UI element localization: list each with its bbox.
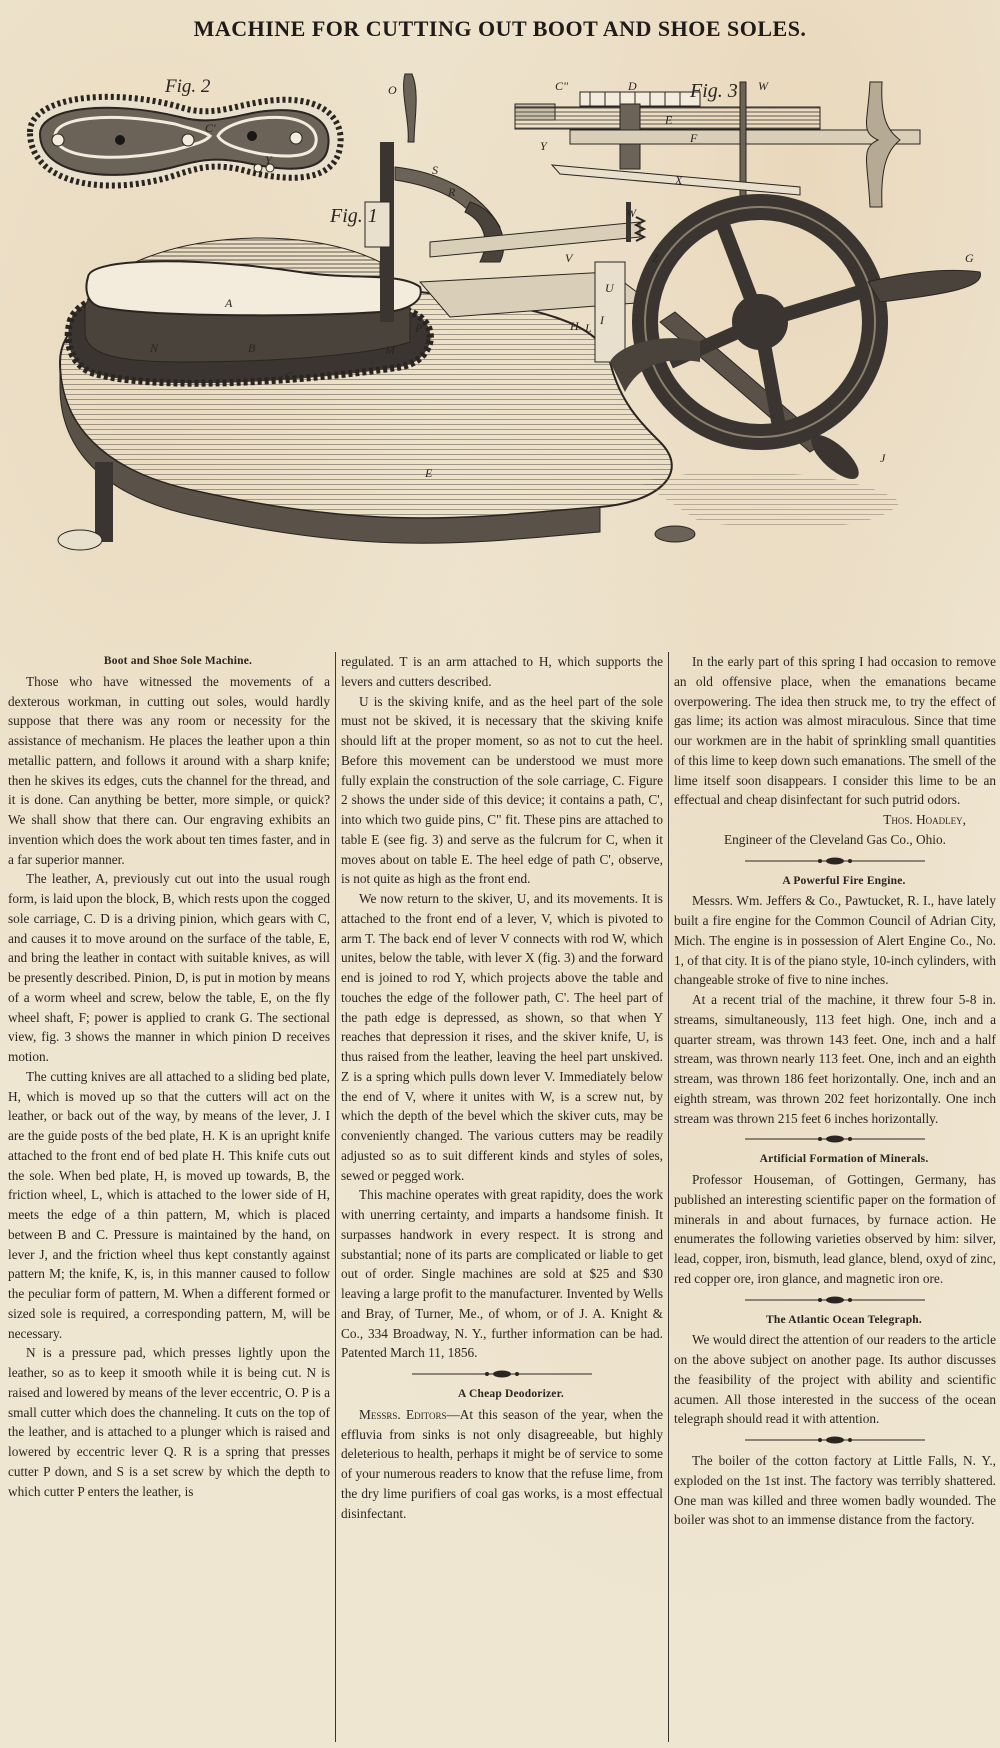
fig2-label: Fig. 2 bbox=[164, 76, 211, 97]
machine-engraving: Fig. 2 Fig. 1 Fig. 3 C' Y O S R C" D W Y… bbox=[0, 62, 1000, 642]
column-divider bbox=[668, 652, 669, 1742]
salutation: Messrs. Editors bbox=[359, 1407, 446, 1422]
page-title: MACHINE FOR CUTTING OUT BOOT AND SHOE SO… bbox=[0, 16, 1000, 42]
svg-text:A: A bbox=[224, 296, 233, 310]
svg-text:W: W bbox=[758, 79, 769, 93]
svg-text:O: O bbox=[388, 83, 397, 97]
svg-text:G: G bbox=[965, 251, 974, 265]
article-paragraph: We now return to the skiver, U, and its … bbox=[341, 889, 663, 1185]
article-columns: Boot and Shoe Sole Machine. Those who ha… bbox=[8, 652, 998, 1742]
article-paragraph: Messrs. Editors—At this season of the ye… bbox=[341, 1405, 663, 1524]
article-paragraph: At a recent trial of the machine, it thr… bbox=[674, 990, 996, 1128]
svg-text:D: D bbox=[627, 79, 637, 93]
article-paragraph: regulated. T is an arm attached to H, wh… bbox=[341, 652, 663, 692]
svg-text:K: K bbox=[424, 333, 434, 347]
svg-text:E: E bbox=[664, 113, 673, 127]
svg-text:Y: Y bbox=[540, 139, 548, 153]
article-paragraph: We would direct the attention of our rea… bbox=[674, 1330, 996, 1429]
article-heading-sole-machine: Boot and Shoe Sole Machine. bbox=[8, 652, 330, 672]
svg-text:H: H bbox=[569, 319, 580, 333]
ornamental-divider bbox=[674, 1128, 996, 1150]
article-paragraph: U is the skiving knife, and as the heel … bbox=[341, 692, 663, 890]
svg-text:U: U bbox=[605, 281, 615, 295]
fig1-label: Fig. 1 bbox=[329, 205, 378, 227]
svg-text:Z: Z bbox=[652, 251, 659, 265]
fig3-label: Fig. 3 bbox=[689, 80, 738, 102]
ornament-rule-icon bbox=[745, 856, 925, 866]
ornamental-divider bbox=[341, 1363, 663, 1385]
fig2-sole-carriage-underside bbox=[30, 97, 341, 186]
article-paragraph: In the early part of this spring I had o… bbox=[674, 652, 996, 810]
svg-text:X: X bbox=[674, 173, 683, 187]
svg-text:V: V bbox=[565, 251, 574, 265]
svg-text:E: E bbox=[424, 466, 433, 480]
svg-text:S: S bbox=[432, 163, 438, 177]
column-2: regulated. T is an arm attached to H, wh… bbox=[341, 652, 663, 1742]
ornament-rule-icon bbox=[745, 1134, 925, 1144]
column-3: In the early part of this spring I had o… bbox=[674, 652, 996, 1742]
article-heading-fire-engine: A Powerful Fire Engine. bbox=[674, 872, 996, 892]
article-heading-deodorizer: A Cheap Deodorizer. bbox=[341, 1385, 663, 1405]
svg-text:F: F bbox=[689, 131, 698, 145]
svg-text:N: N bbox=[149, 341, 159, 355]
ornament-rule-icon bbox=[412, 1369, 592, 1379]
article-paragraph: The leather, A, previously cut out into … bbox=[8, 869, 330, 1067]
svg-text:C": C" bbox=[555, 79, 569, 93]
signature-title: Engineer of the Cleveland Gas Co., Ohio. bbox=[674, 830, 996, 850]
svg-text:C: C bbox=[285, 369, 294, 383]
column-1: Boot and Shoe Sole Machine. Those who ha… bbox=[8, 652, 330, 1742]
article-heading-minerals: Artificial Formation of Minerals. bbox=[674, 1150, 996, 1170]
svg-text:M: M bbox=[384, 343, 396, 357]
svg-text:W: W bbox=[626, 206, 637, 220]
column-divider bbox=[335, 652, 336, 1742]
ornament-rule-icon bbox=[745, 1435, 925, 1445]
svg-text:R: R bbox=[447, 185, 456, 199]
article-paragraph: This machine operates with great rapidit… bbox=[341, 1185, 663, 1363]
article-paragraph: Messrs. Wm. Jeffers & Co., Pawtucket, R.… bbox=[674, 891, 996, 990]
article-paragraph: The boiler of the cotton factory at Litt… bbox=[674, 1451, 996, 1530]
ornament-rule-icon bbox=[745, 1295, 925, 1305]
article-paragraph: The cutting knives are all attached to a… bbox=[8, 1067, 330, 1344]
ornamental-divider bbox=[674, 850, 996, 872]
svg-text:J: J bbox=[880, 451, 886, 465]
svg-text:B: B bbox=[248, 341, 256, 355]
engraving-illustration: Fig. 2 Fig. 1 Fig. 3 C' Y O S R C" D W Y… bbox=[0, 62, 1000, 642]
ornamental-divider bbox=[674, 1289, 996, 1311]
signature: Thos. Hoadley, bbox=[674, 810, 996, 830]
svg-text:L: L bbox=[584, 321, 592, 335]
article-paragraph: Professor Houseman, of Gottingen, German… bbox=[674, 1170, 996, 1289]
ornamental-divider bbox=[674, 1429, 996, 1451]
svg-text:C': C' bbox=[205, 121, 216, 135]
article-paragraph: N is a pressure pad, which presses light… bbox=[8, 1343, 330, 1501]
article-heading-telegraph: The Atlantic Ocean Telegraph. bbox=[674, 1311, 996, 1331]
svg-text:P: P bbox=[414, 321, 423, 335]
article-paragraph: Those who have witnessed the movements o… bbox=[8, 672, 330, 870]
